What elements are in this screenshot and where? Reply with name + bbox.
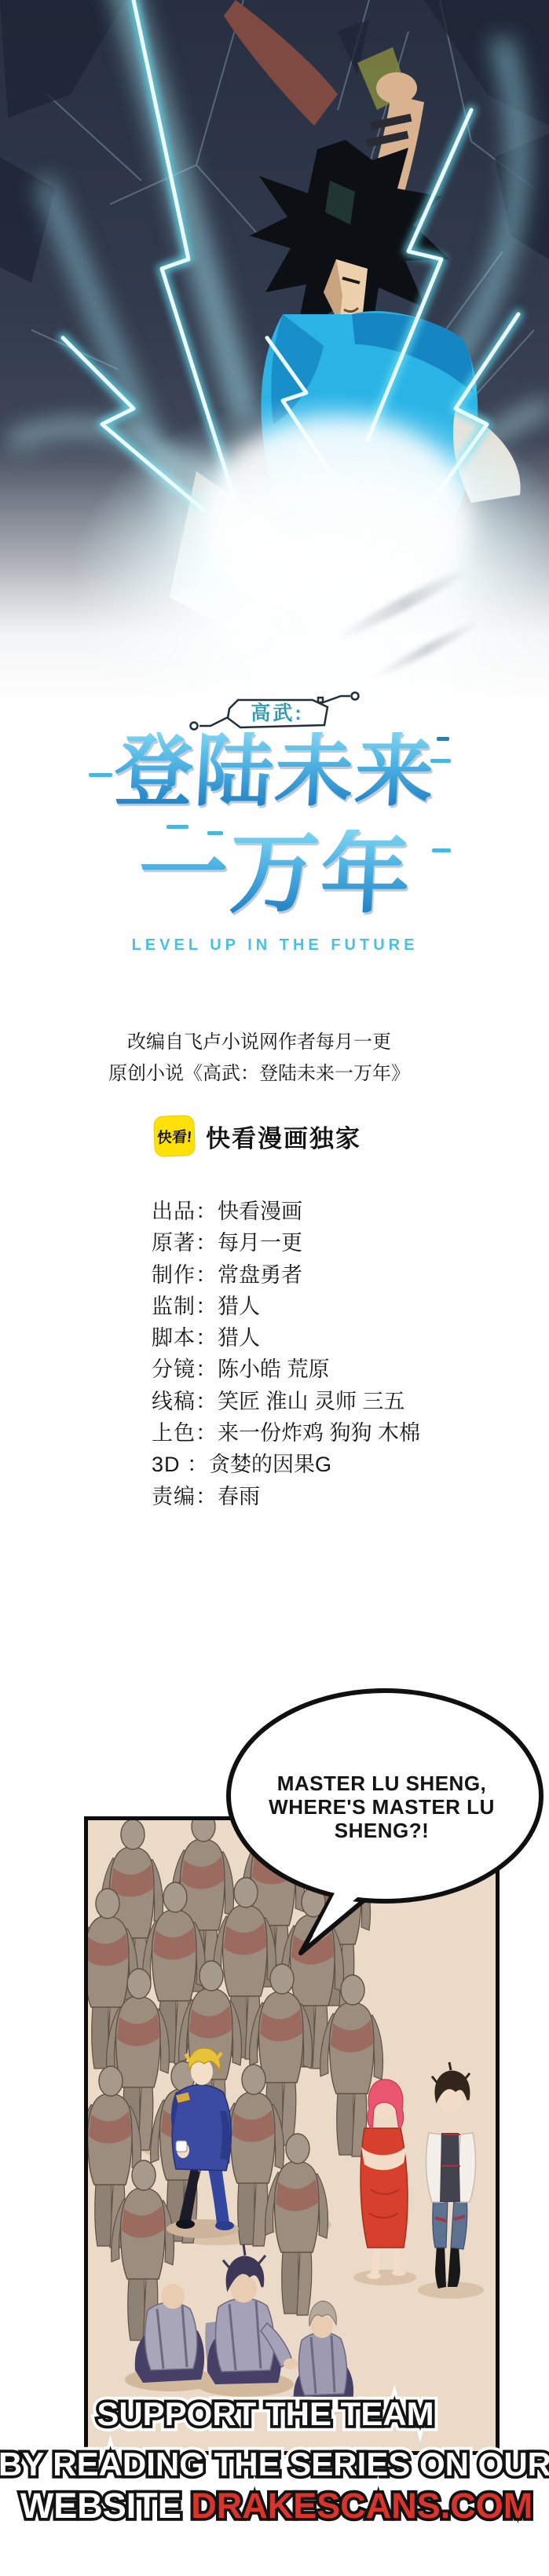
credit-row: 3D ：贪婪的因果G <box>152 1447 481 1479</box>
footer-line3: WEBSITE DRAKESCANS.COM <box>20 2486 533 2526</box>
bubble-text-line3: SHENG?! <box>335 1819 430 1842</box>
badge-text: 高武: <box>251 702 303 724</box>
publisher-exclusive-label: 快看漫画独家 <box>206 1119 361 1154</box>
speech-bubble: MASTER LU SHENG, WHERE'S MASTER LU SHENG… <box>222 1686 549 1964</box>
credit-row: 出品：快看漫画 <box>152 1194 481 1226</box>
cover-fade-overlay <box>0 440 549 711</box>
footer-line1: SUPPORT THE TEAM <box>97 2395 434 2432</box>
credit-row: 监制：猎人 <box>152 1289 481 1321</box>
series-title-line1: 登陆未来 <box>92 732 457 811</box>
credit-row: 原著：每月一更 <box>152 1226 481 1257</box>
support-banner: SUPPORT THE TEAM SUPPORT THE TEAM BY REA… <box>0 2384 549 2549</box>
bubble-text-line1: MASTER LU SHENG, <box>277 1772 487 1795</box>
series-title-line2: 一万年 <box>92 830 458 919</box>
credit-row: 脚本：猎人 <box>152 1321 481 1352</box>
kuaikan-logo-icon: 快看! <box>153 1115 196 1157</box>
credit-row: 线稿：笑匠 淮山 灵师 三五 <box>152 1384 481 1416</box>
website-link-text: DRAKESCANS.COM <box>191 2486 533 2526</box>
webtoon-page: 高武: 登陆未来 一万年 LEVEL UP IN THE FUTURE 改编自飞… <box>0 0 549 2576</box>
original-novel-note: 原创小说《高武：登陆未来一万年》 <box>0 1057 518 1085</box>
series-tagline: LEVEL UP IN THE FUTURE <box>79 936 471 955</box>
credits-list: 出品：快看漫画 原著：每月一更 制作：常盘勇者 监制：猎人 脚本：猎人 分镜：陈… <box>152 1194 481 1511</box>
credit-row: 制作：常盘勇者 <box>152 1258 481 1289</box>
credit-row: 责编：春雨 <box>152 1479 481 1511</box>
credit-row: 上色：来一份炸鸡 狗狗 木棉 <box>152 1416 481 1447</box>
footer-line2: BY READING THE SERIES ON OUR <box>0 2446 549 2483</box>
bubble-text-line2: WHERE'S MASTER LU <box>269 1795 495 1819</box>
publisher-lockup: 快看! 快看漫画独家 <box>154 1114 361 1158</box>
kuaikan-logo-text: 快看! <box>156 1125 192 1148</box>
credit-row: 分镜：陈小皓 荒原 <box>152 1352 481 1383</box>
adaptation-note: 改编自飞卢小说网作者每月一更 <box>0 1026 518 1053</box>
